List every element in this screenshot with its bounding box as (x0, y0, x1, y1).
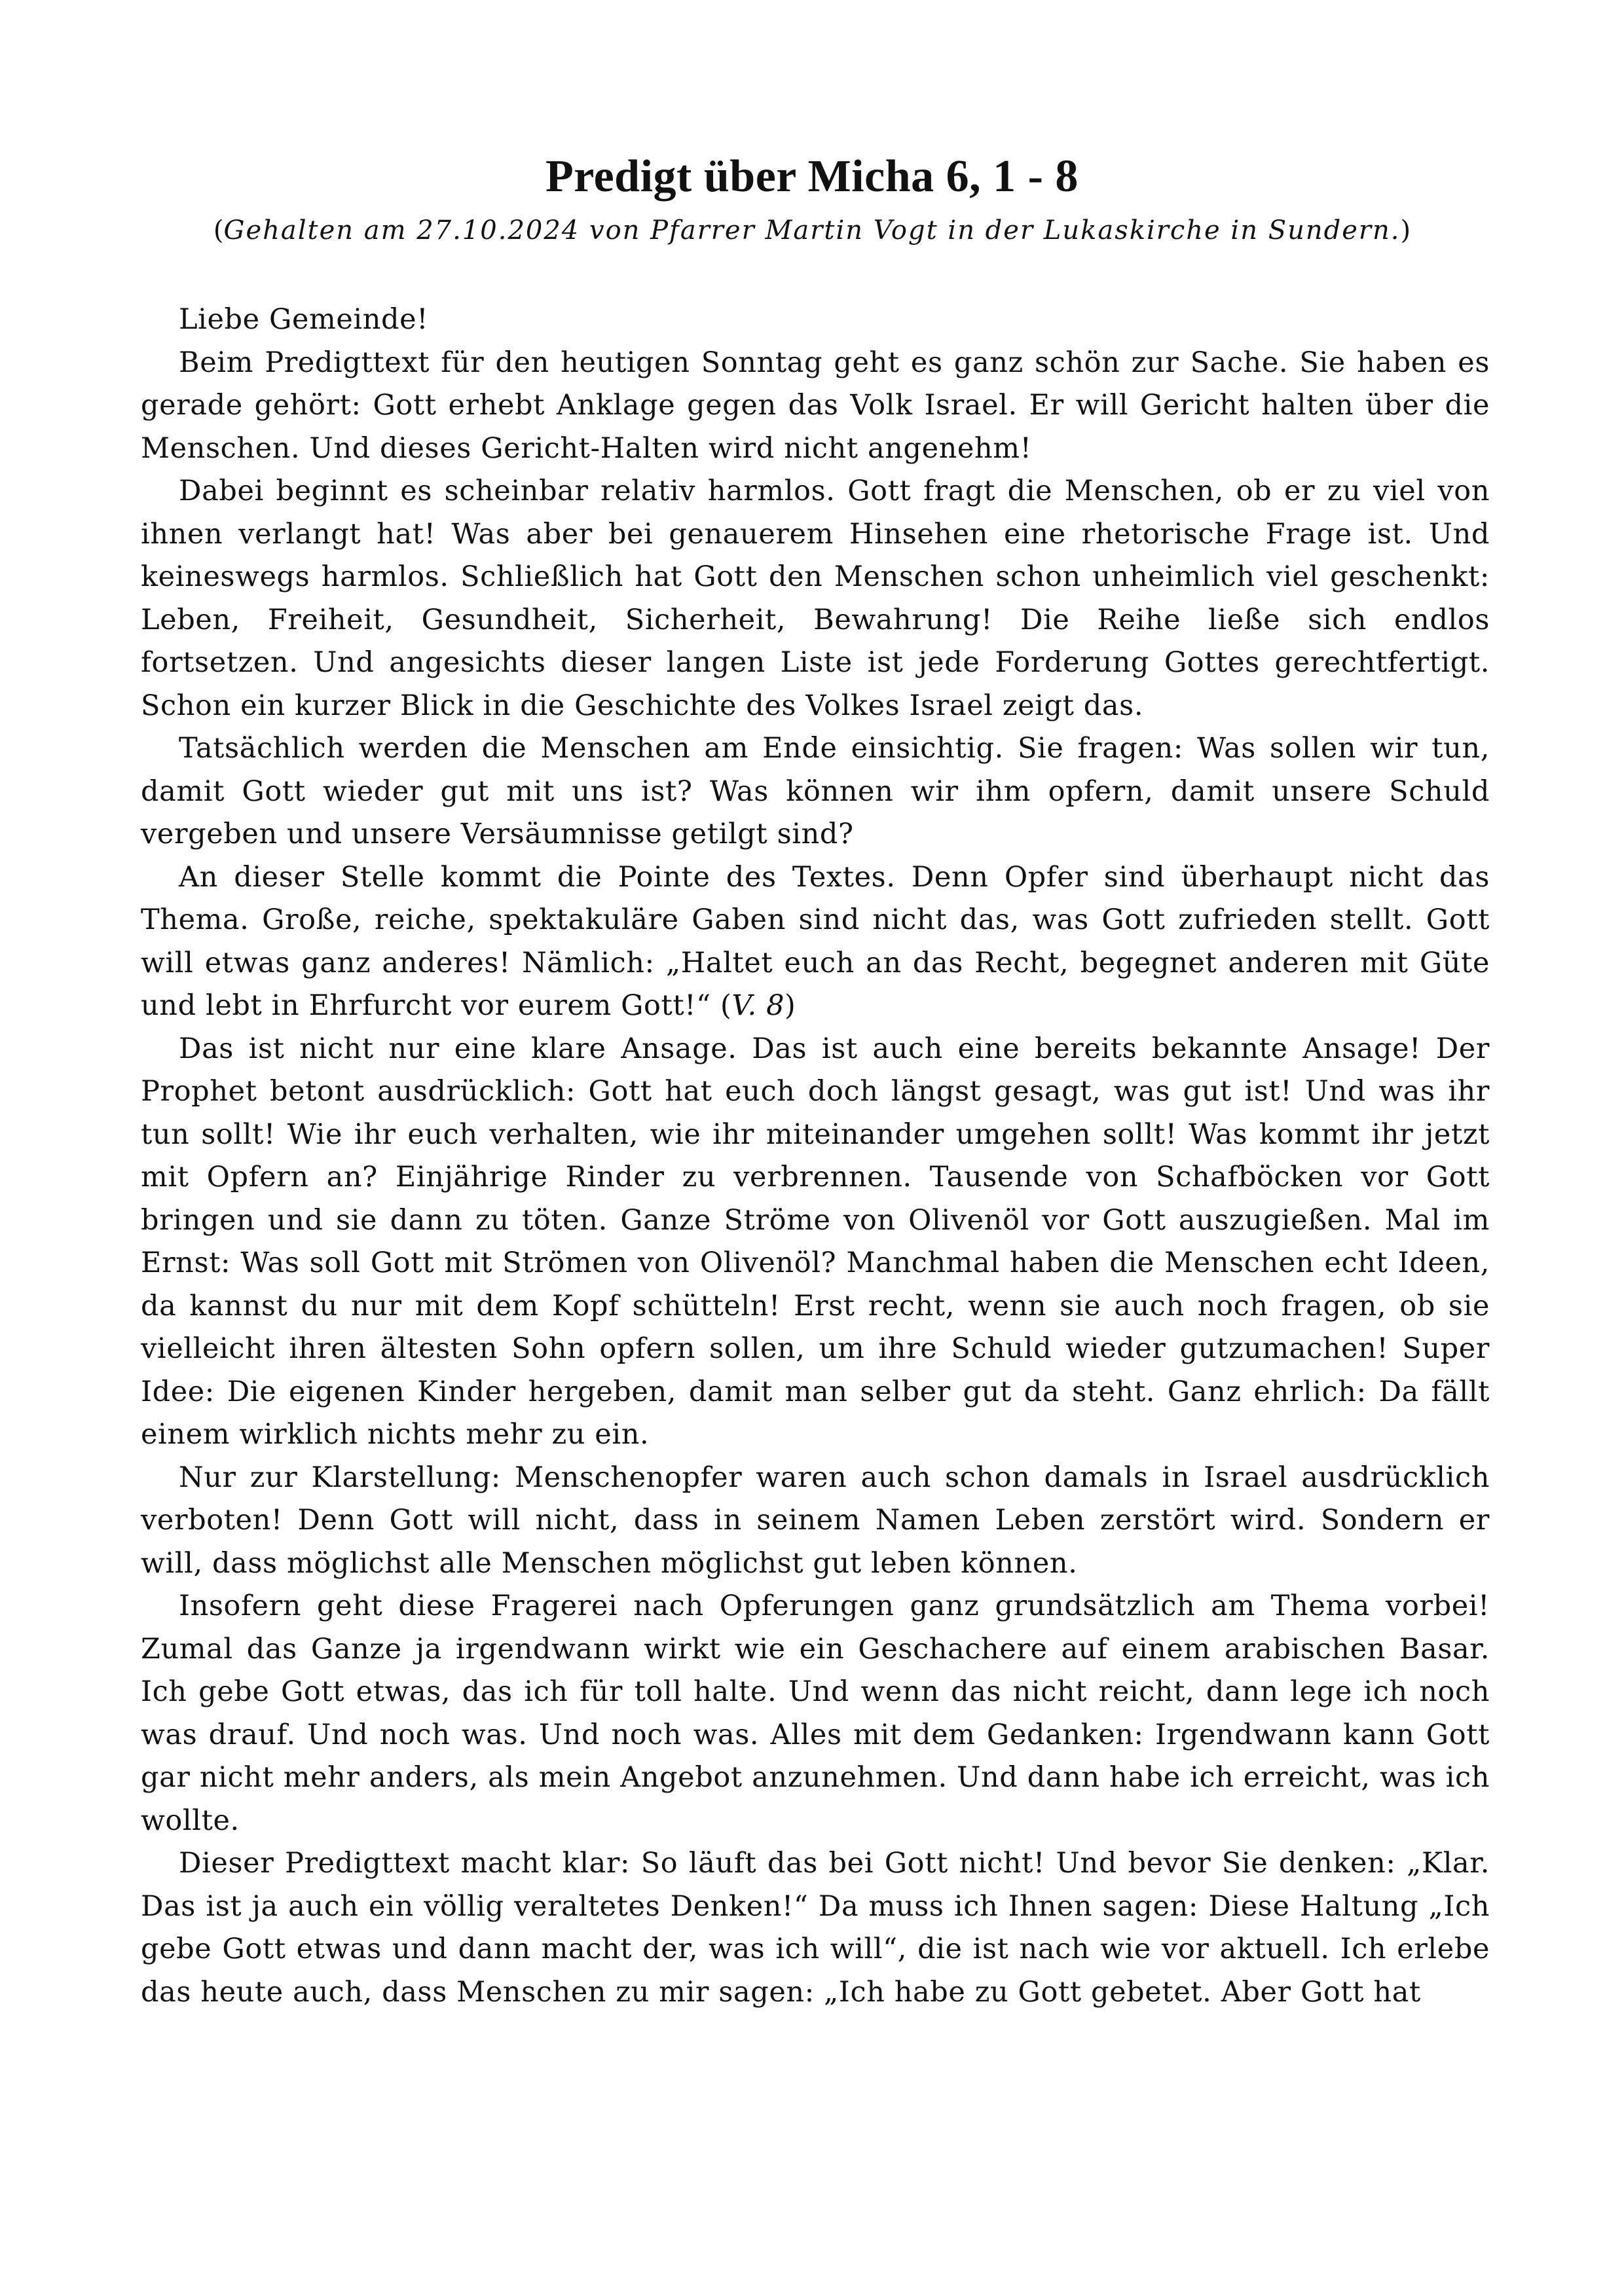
verse-reference-close: ) (784, 989, 796, 1022)
page-title: Predigt über Micha 6, 1 - 8 (0, 147, 1624, 206)
paragraph: Dabei beginnt es scheinbar relativ harml… (141, 470, 1490, 727)
sermon-subtitle: (Gehalten am 27.10.2024 von Pfarrer Mart… (0, 211, 1624, 250)
paragraph-greeting: Liebe Gemeinde! (141, 299, 1490, 342)
paragraph: Nur zur Klarstellung: Menschenopfer ware… (141, 1457, 1490, 1586)
document-page: Predigt über Micha 6, 1 - 8 (Gehalten am… (0, 0, 1624, 2296)
paragraph: Beim Predigttext für den heutigen Sonnta… (141, 342, 1490, 471)
paragraph-with-verse-reference: An dieser Stelle kommt die Pointe des Te… (141, 856, 1490, 1028)
subtitle-text: Gehalten am 27.10.2024 von Pfarrer Marti… (223, 215, 1400, 246)
paragraph: Dieser Predigttext macht klar: So läuft … (141, 1842, 1490, 2014)
sermon-body: Liebe Gemeinde! Beim Predigttext für den… (141, 299, 1490, 2014)
paragraph: Das ist nicht nur eine klare Ansage. Das… (141, 1028, 1490, 1457)
paragraph: Insofern geht diese Fragerei nach Opferu… (141, 1585, 1490, 1842)
paragraph-text: An dieser Stelle kommt die Pointe des Te… (141, 861, 1490, 1023)
subtitle-open-paren: ( (213, 215, 224, 246)
paragraph: Tatsächlich werden die Menschen am Ende … (141, 727, 1490, 856)
subtitle-close-paren: ) (1401, 215, 1411, 246)
verse-reference: V. 8 (731, 989, 784, 1022)
